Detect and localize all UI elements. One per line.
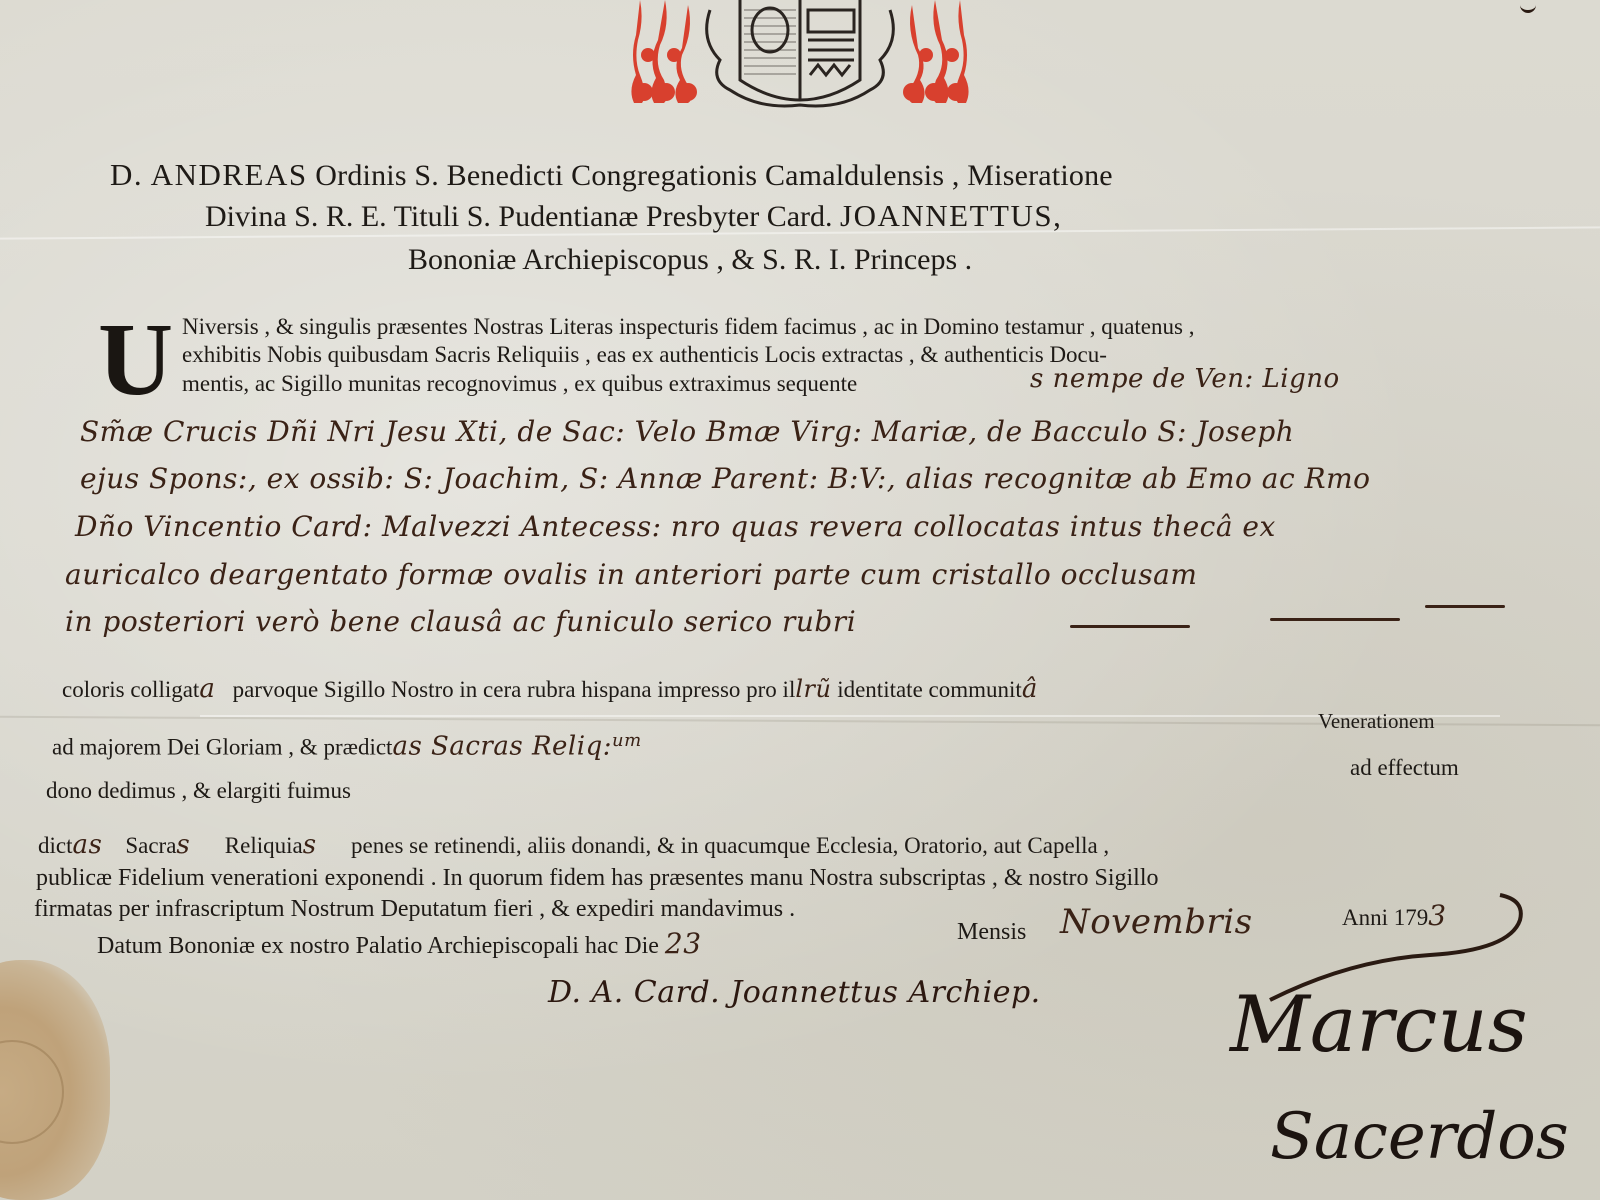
- printed-text: ad majorem Dei Gloriam , & prædict: [52, 735, 392, 760]
- body-printed-line-1: Niversis , & singulis præsentes Nostras …: [182, 313, 1194, 341]
- printed-text: Reliquia: [225, 833, 303, 858]
- coat-of-arms: [630, 0, 970, 110]
- printed-text: penes se retinendi, aliis donandi, & in …: [351, 833, 1109, 858]
- body-line-dono: dono dedimus , & elargiti fuimus: [46, 777, 351, 805]
- cardinal-signature: D. A. Card. Joannettus Archiep.: [548, 975, 1041, 1010]
- handwritten-rule: [1270, 618, 1400, 621]
- printed-text: dict: [38, 833, 73, 858]
- printed-text: identitate communit: [837, 677, 1022, 702]
- handwritten-text: s: [176, 830, 190, 860]
- body-closing-line-1: publicæ Fidelium venerationi exponendi .…: [36, 864, 1159, 892]
- red-tassels-icon: [630, 0, 710, 105]
- drop-cap: U: [98, 308, 173, 412]
- printed-text: Datum Bononiæ ex nostro Palatio Archiepi…: [97, 933, 659, 959]
- body-closing-line-2: firmatas per infrascriptum Nostrum Deput…: [34, 895, 795, 923]
- header-line-2: Divina S. R. E. Tituli S. Pudentianæ Pre…: [205, 196, 1405, 237]
- red-tassels-icon: [890, 0, 970, 105]
- handwritten-text: as Sacras Reliq:: [392, 732, 612, 762]
- body-line-dictas: dictas Sacras Reliquias penes se retinen…: [38, 831, 1109, 860]
- header-line-2-text: Divina S. R. E. Tituli S. Pudentianæ Pre…: [205, 200, 833, 233]
- handwritten-insert-line-4: auricalco deargentato formæ ovalis in an…: [65, 558, 1197, 591]
- paper-crease: [200, 715, 1500, 717]
- body-printed-line-2: exhibitis Nobis quibusdam Sacris Reliqui…: [182, 341, 1107, 369]
- handwritten-text: s: [303, 830, 317, 860]
- date-month-label: Mensis: [957, 918, 1026, 946]
- handwritten-text: a: [199, 674, 215, 704]
- header-surname-caps: JOANNETTUS,: [840, 198, 1062, 233]
- handwritten-month: Novembris: [1060, 902, 1253, 942]
- header-name-caps: D. ANDREAS: [110, 157, 308, 192]
- date-line: Datum Bononiæ ex nostro Palatio Archiepi…: [97, 930, 702, 960]
- handwritten-text: lrũ: [795, 675, 831, 703]
- handwritten-text: as: [73, 830, 103, 860]
- body-line-coloris: coloris colligata parvoque Sigillo Nostr…: [62, 675, 1038, 704]
- handwritten-insert-line-2: ejus Spons:, ex ossib: S: Joachim, S: An…: [80, 462, 1371, 495]
- body-line-ad-majorem: ad majorem Dei Gloriam , & prædictas Sac…: [52, 727, 642, 762]
- header-line-3: Bononiæ Archiepiscopus , & S. R. I. Prin…: [408, 240, 1208, 280]
- handwritten-superscript: um: [612, 730, 642, 751]
- handwritten-rule: [1070, 625, 1190, 628]
- handwritten-insert-line-1: Sm̃æ Crucis Dñi Nri Jesu Xti, de Sac: Ve…: [80, 415, 1294, 448]
- body-word-ad-effectum: ad effectum: [1350, 754, 1459, 782]
- body-word-venerationem: Venerationem: [1318, 707, 1435, 735]
- handwritten-rule: [1425, 605, 1505, 608]
- handwritten-insert-line-5: in posteriori verò bene clausâ ac funicu…: [65, 605, 856, 638]
- handwritten-text: â: [1022, 674, 1038, 704]
- printed-text: Sacra: [125, 833, 176, 858]
- deputy-signature-line-1: Marcus: [1230, 980, 1528, 1070]
- header-line-1: D. ANDREAS Ordinis S. Benedicti Congrega…: [110, 155, 1440, 196]
- shield-emblem-icon: [700, 0, 900, 110]
- printed-text: coloris colligat: [62, 677, 199, 702]
- deputy-signature-line-2: Sacerdos: [1270, 1100, 1569, 1174]
- printed-text: parvoque Sigillo Nostro in cera rubra hi…: [233, 677, 796, 702]
- header-line-1-text: Ordinis S. Benedicti Congregationis Cama…: [315, 159, 1113, 192]
- handwritten-day: 23: [665, 927, 702, 960]
- body-printed-line-3: mentis, ac Sigillo munitas recognovimus …: [182, 370, 857, 398]
- handwritten-insert-line-0: s nempe de Ven: Ligno: [1030, 364, 1340, 394]
- handwritten-insert-line-3: Dño Vincentio Card: Malvezzi Antecess: n…: [75, 510, 1276, 543]
